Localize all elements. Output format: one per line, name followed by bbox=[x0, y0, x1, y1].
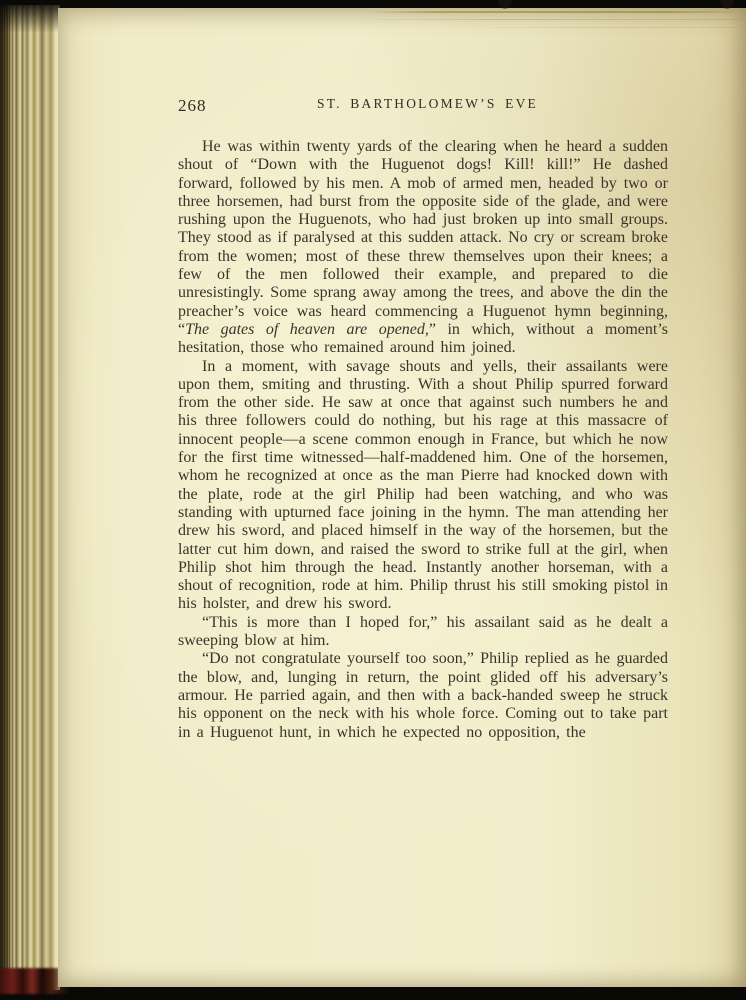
paragraph: He was within twenty yards of the cleari… bbox=[178, 138, 668, 358]
paragraph: “Do not congratulate yourself too soon,”… bbox=[178, 650, 668, 741]
page-number: 268 bbox=[178, 96, 207, 116]
body-text: He was within twenty yards of the cleari… bbox=[178, 138, 668, 742]
page-edge-line bbox=[333, 19, 742, 20]
binding-clip-mark bbox=[720, 0, 734, 9]
paragraph: In a moment, with savage shouts and yell… bbox=[178, 358, 668, 614]
book-page-edges-left bbox=[0, 5, 60, 990]
page-header: 268 ST. BARTHOLOMEW’S EVE bbox=[178, 96, 667, 112]
page-edge-line bbox=[436, 27, 742, 28]
running-head: ST. BARTHOLOMEW’S EVE bbox=[178, 96, 667, 112]
page-edge-line bbox=[368, 11, 736, 13]
paragraph: “This is more than I hoped for,” his ass… bbox=[178, 614, 668, 651]
binding-clip-mark bbox=[498, 0, 512, 9]
